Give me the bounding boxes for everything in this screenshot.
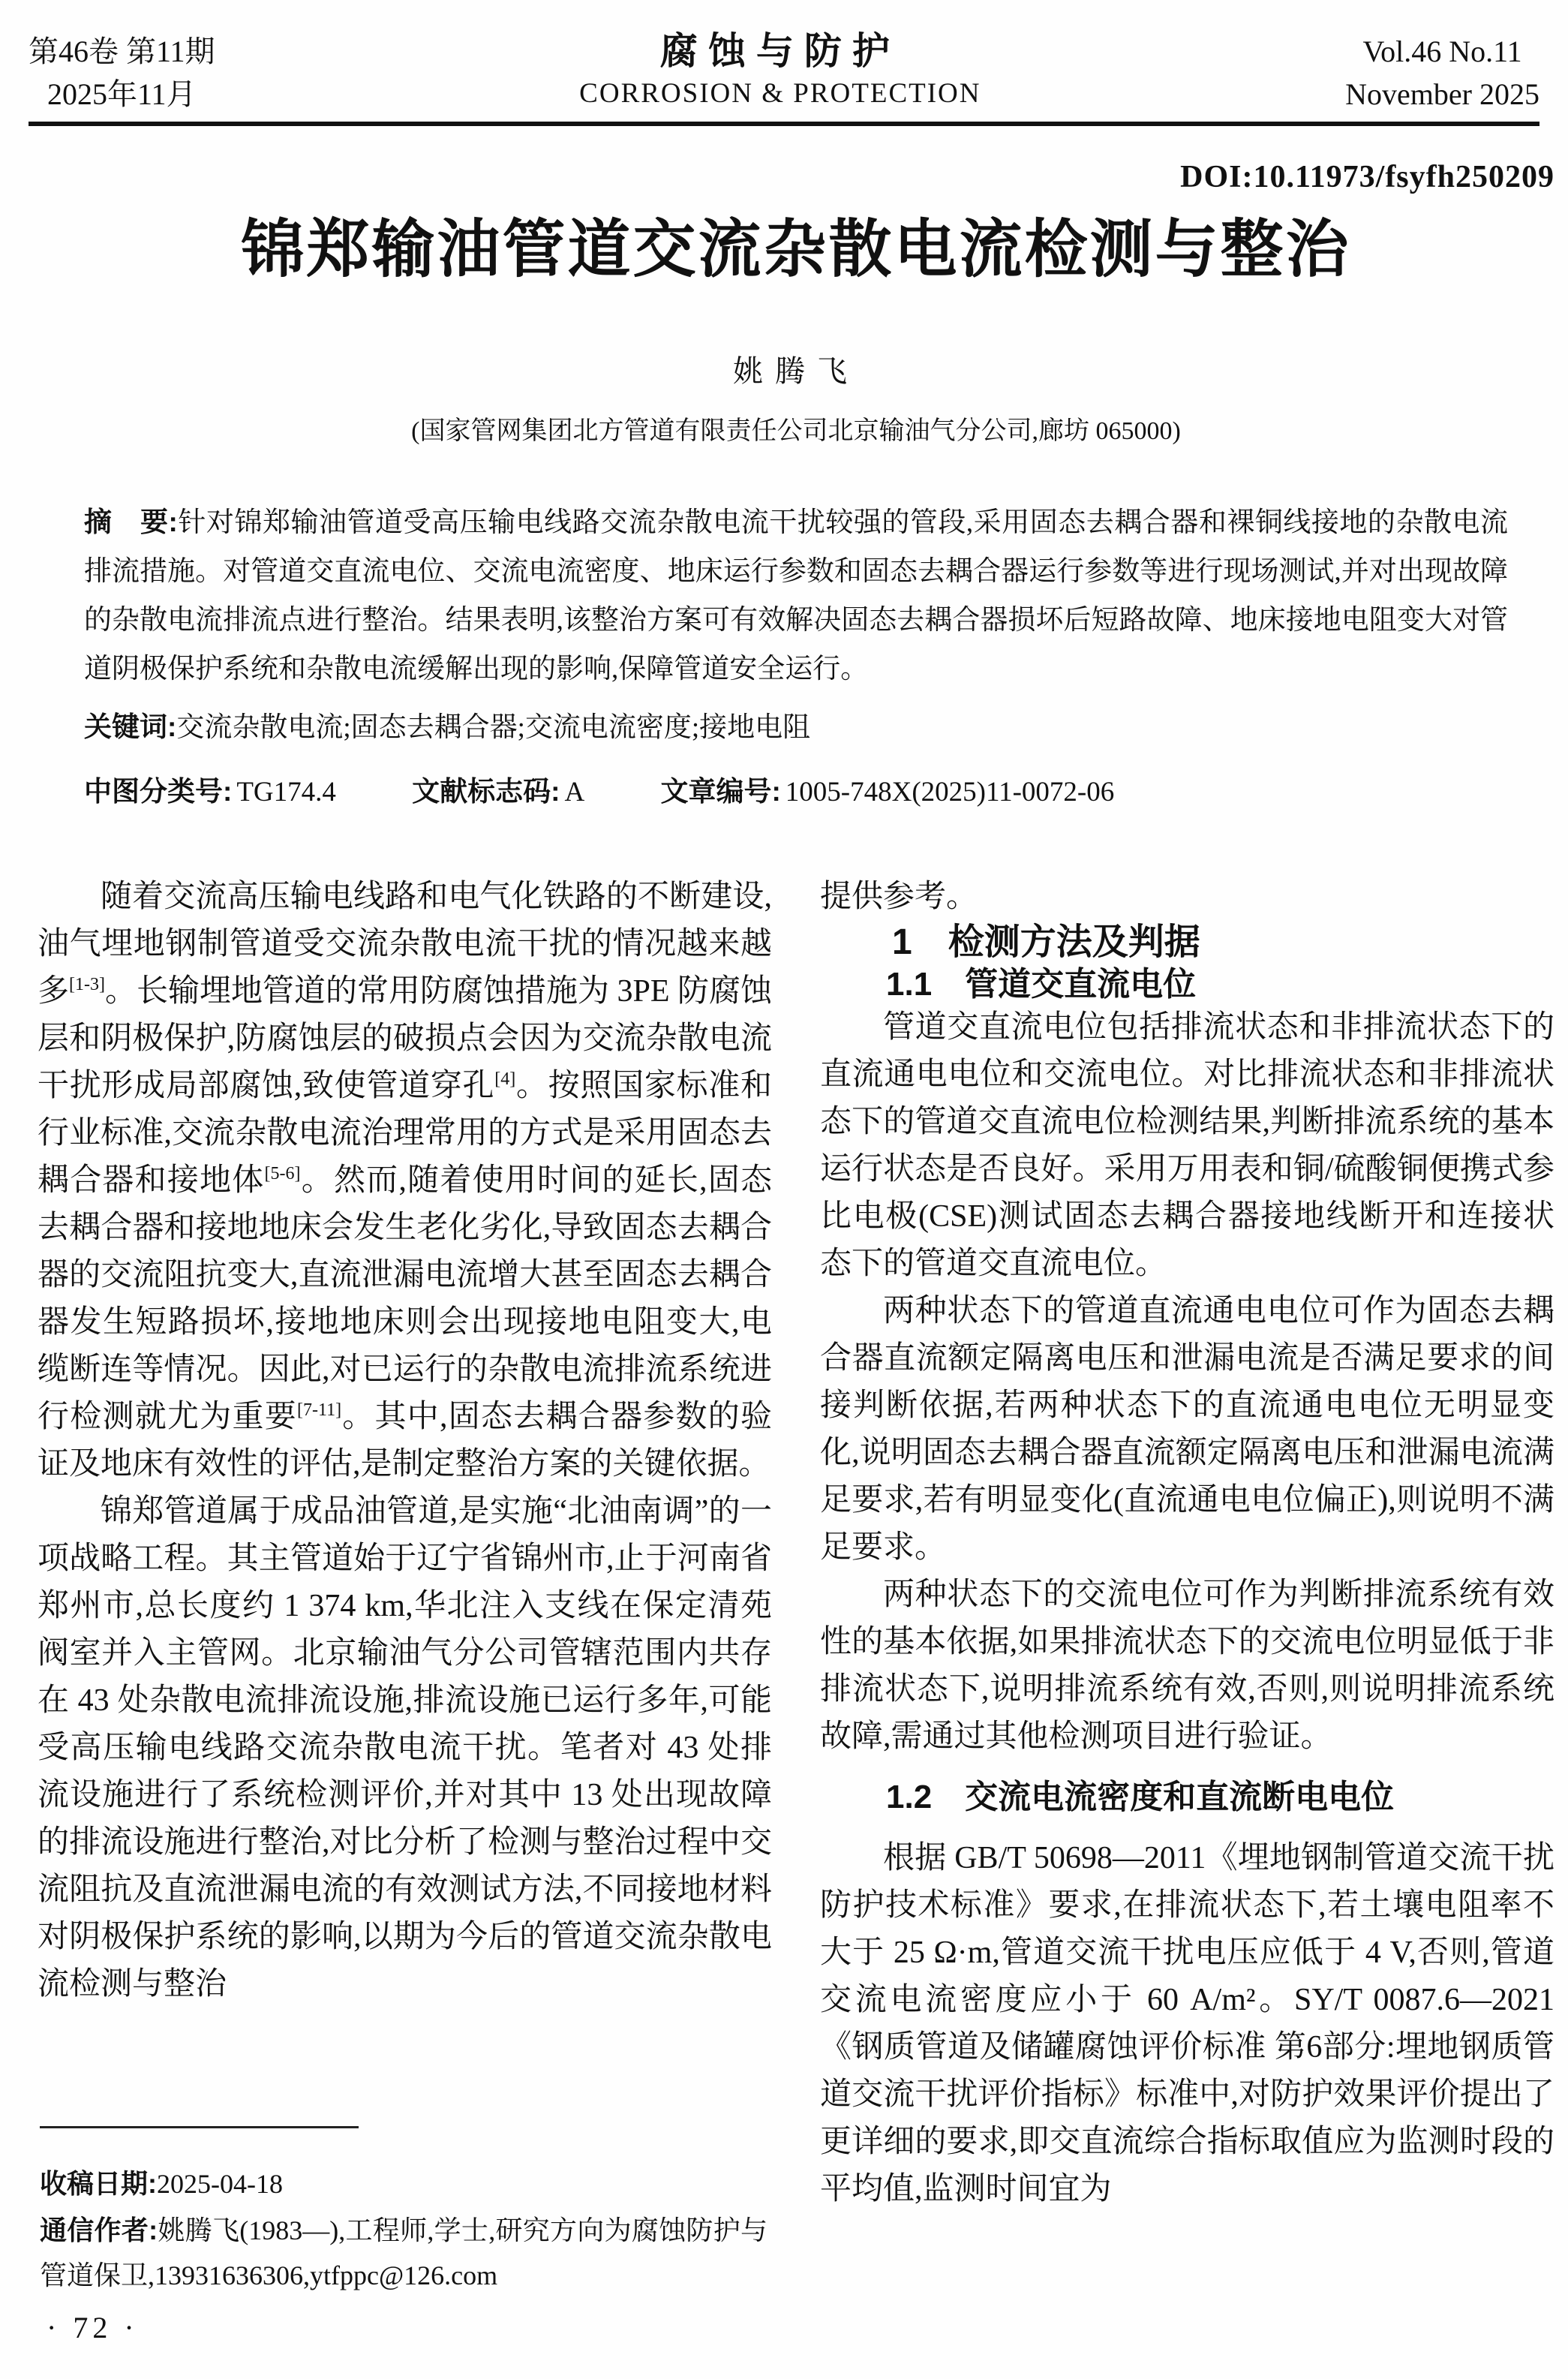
intro-paragraph-1: 随着交流高压输电线路和电气化铁路的不断建设,油气埋地钢制管道受交流杂散电流干扰的… [38, 874, 772, 1488]
continuation-text: 提供参考。 [820, 874, 1554, 921]
article-id: 文章编号:1005-748X(2025)11-0072-06 [660, 767, 1114, 817]
keywords-label: 关键词: [84, 711, 176, 742]
left-column: 随着交流高压输电线路和电气化铁路的不断建设,油气埋地钢制管道受交流杂散电流干扰的… [38, 874, 772, 2213]
ref-4: [4] [494, 1069, 515, 1089]
author-affiliation: (国家管网集团北方管道有限责任公司北京输油气分公司,廊坊 065000) [38, 410, 1554, 447]
document-code-value: A [564, 777, 584, 808]
section-1-1-heading: 1.1 管道交直流电位 [820, 964, 1554, 1004]
header-left: 第46卷 第11期 2025年11月 [29, 30, 215, 116]
two-column-body: 随着交流高压输电线路和电气化铁路的不断建设,油气埋地钢制管道受交流杂散电流干扰的… [38, 874, 1554, 2213]
footnote-rule [40, 2126, 359, 2128]
ref-7-11: [7-11] [297, 1400, 341, 1420]
keywords-text: 交流杂散电流;固态去耦合器;交流电流密度;接地电阻 [176, 712, 810, 743]
right-column: 提供参考。 1 检测方法及判据 1.1 管道交直流电位 管道交直流电位包括排流状… [820, 874, 1554, 2213]
article-content: DOI:10.11973/fsyfh250209 锦郑输油管道交流杂散电流检测与… [38, 126, 1554, 2213]
intro-paragraph-2: 锦郑管道属于成品油管道,是实施“北油南调”的一项战略工程。其主管道始于辽宁省锦州… [38, 1488, 772, 2008]
abstract: 摘 要:针对锦郑输油管道受高压输电线路交流杂散电流干扰较强的管段,采用固态去耦合… [84, 498, 1508, 693]
article-id-value: 1005-748X(2025)11-0072-06 [786, 777, 1114, 808]
section-1-2-paragraph-1: 根据 GB/T 50698—2011《埋地钢制管道交流干扰防护技术标准》要求,在… [820, 1835, 1554, 2213]
volume-issue-en: Vol.46 No.11 [1345, 30, 1539, 73]
corresponding-author: 通信作者:姚腾飞(1983—),工程师,学士,研究方向为腐蚀防护与管道保卫,13… [40, 2208, 767, 2298]
section-1-2-heading: 1.2 交流电流密度和直流断电电位 [820, 1777, 1554, 1817]
document-code-label: 文献标志码: [412, 776, 560, 807]
journal-header: 第46卷 第11期 2025年11月 腐蚀与防护 CORROSION & PRO… [29, 30, 1539, 116]
section-1-1-paragraph-1: 管道交直流电位包括排流状态和非排流状态下的直流通电电位和交流电位。对比排流状态和… [820, 1004, 1554, 1288]
keywords: 关键词:交流杂散电流;固态去耦合器;交流电流密度;接地电阻 [84, 702, 1508, 752]
journal-name-cn: 腐蚀与防护 [579, 30, 981, 72]
date-en: November 2025 [1345, 73, 1539, 116]
doi: DOI:10.11973/fsyfh250209 [38, 159, 1554, 195]
received-date-label: 收稿日期: [40, 2168, 157, 2199]
corresponding-author-label: 通信作者: [40, 2215, 158, 2245]
classification-row: 中图分类号:TG174.4 文献标志码:A 文章编号:1005-748X(202… [84, 767, 1508, 817]
received-date-value: 2025-04-18 [157, 2169, 283, 2199]
abstract-label: 摘 要: [84, 507, 178, 537]
header-center: 腐蚀与防护 CORROSION & PROTECTION [579, 30, 981, 116]
received-date: 收稿日期:2025-04-18 [40, 2161, 767, 2206]
page-number: · 72 · [47, 2310, 139, 2345]
clc-number-label: 中图分类号: [84, 776, 232, 807]
clc-number: 中图分类号:TG174.4 [84, 767, 336, 817]
ref-1-3: [1-3] [69, 975, 105, 994]
date-cn: 2025年11月 [29, 73, 215, 116]
header-right: Vol.46 No.11 November 2025 [1345, 30, 1539, 116]
article-id-label: 文章编号: [660, 776, 780, 807]
section-1-1-paragraph-3: 两种状态下的交流电位可作为判断排流系统有效性的基本依据,如果排流状态下的交流电位… [820, 1571, 1554, 1761]
document-code: 文献标志码:A [412, 767, 584, 817]
author-name: 姚腾飞 [38, 347, 1554, 390]
journal-name-en: CORROSION & PROTECTION [579, 72, 981, 116]
paper-page: 第46卷 第11期 2025年11月 腐蚀与防护 CORROSION & PRO… [0, 0, 1568, 2379]
section-1-1-paragraph-2: 两种状态下的管道直流通电电位可作为固态去耦合器直流额定隔离电压和泄漏电流是否满足… [820, 1288, 1554, 1571]
volume-issue-cn: 第46卷 第11期 [29, 30, 215, 73]
section-1-heading: 1 检测方法及判据 [820, 921, 1554, 964]
article-title: 锦郑输油管道交流杂散电流检测与整治 [38, 215, 1554, 287]
abstract-text: 针对锦郑输油管道受高压输电线路交流杂散电流干扰较强的管段,采用固态去耦合器和裸铜… [84, 507, 1508, 684]
ref-5-6: [5-6] [265, 1164, 301, 1183]
clc-number-value: TG174.4 [236, 777, 336, 808]
footnote: 收稿日期:2025-04-18 通信作者:姚腾飞(1983—),工程师,学士,研… [40, 2126, 767, 2299]
